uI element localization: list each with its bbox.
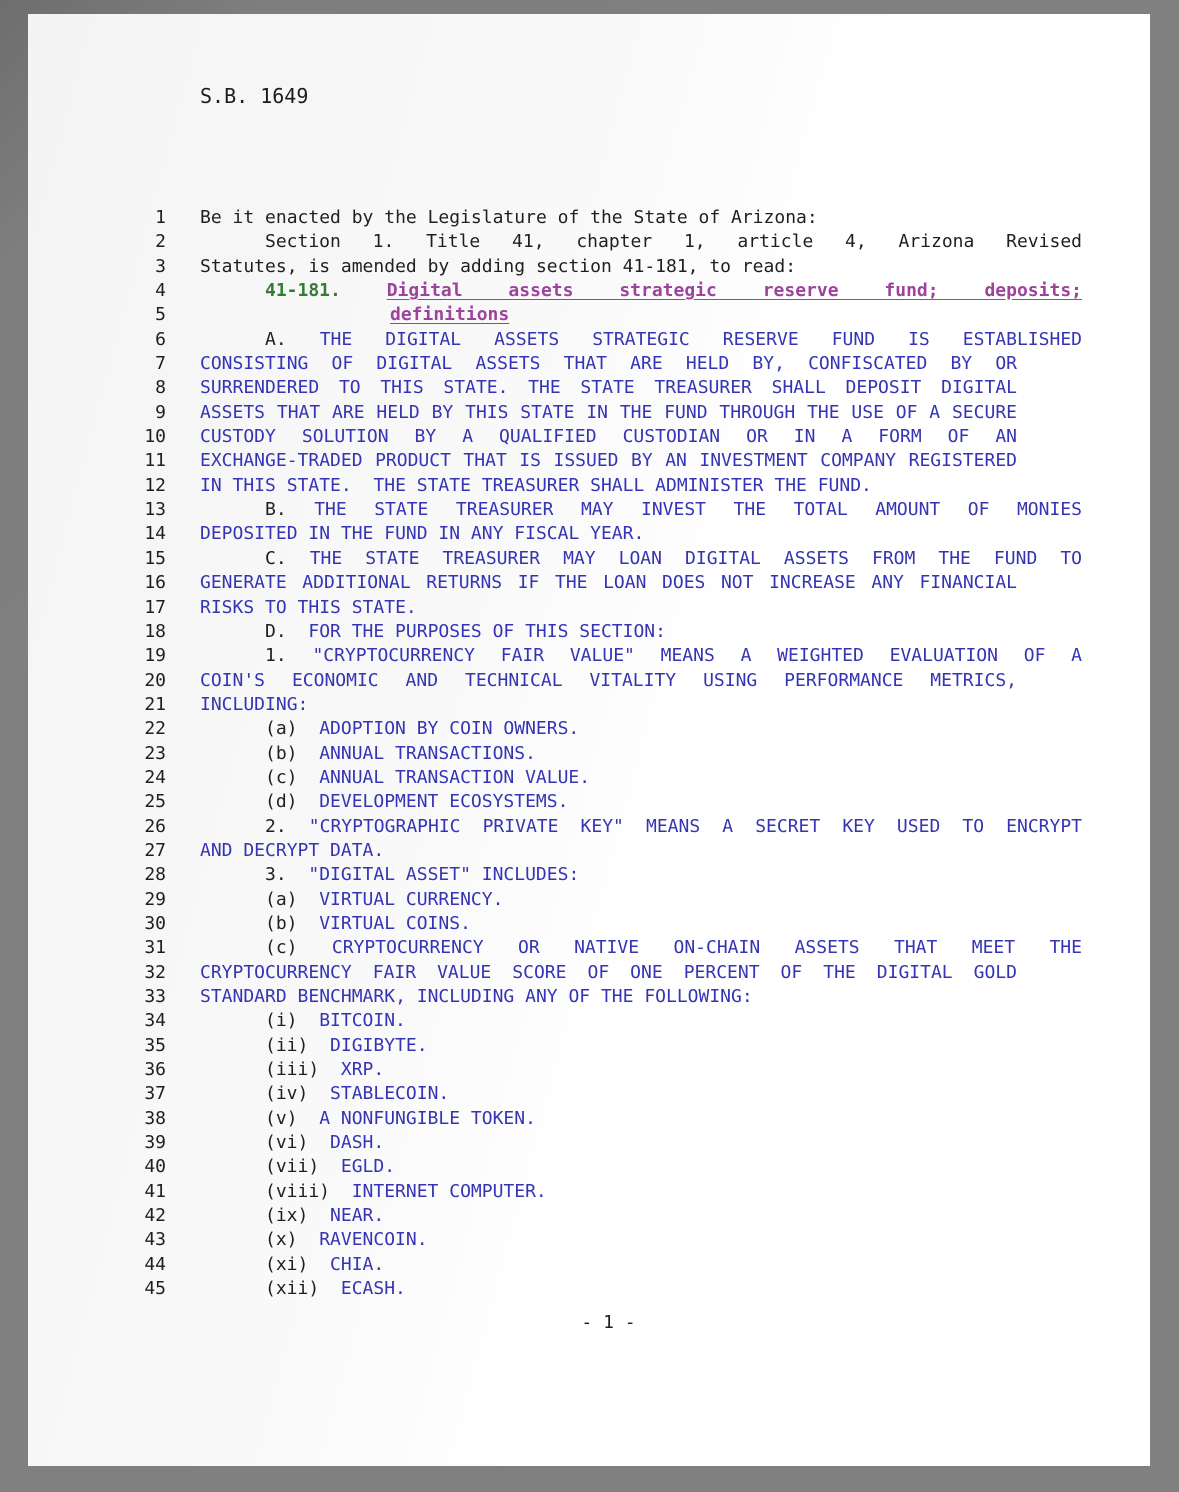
line-text: (a) ADOPTION BY COIN OWNERS. bbox=[200, 717, 1082, 741]
document-line: 36(iii) XRP. bbox=[28, 1058, 1150, 1082]
line-number: 25 bbox=[28, 790, 166, 814]
line-number: 1 bbox=[28, 206, 166, 230]
line-number: 31 bbox=[28, 936, 166, 960]
line-text-segment: VIRTUAL CURRENCY. bbox=[319, 889, 503, 910]
line-text-segment: INCLUDING: bbox=[200, 694, 308, 715]
line-number: 20 bbox=[28, 669, 166, 693]
line-text-segment: (d) bbox=[265, 791, 319, 812]
line-text-segment: XRP. bbox=[341, 1059, 384, 1080]
line-number: 18 bbox=[28, 620, 166, 644]
document-line: 2Section 1. Title 41, chapter 1, article… bbox=[28, 230, 1150, 254]
line-text: 2. "CRYPTOGRAPHIC PRIVATE KEY" MEANS A S… bbox=[200, 815, 1082, 839]
document-line: 22(a) ADOPTION BY COIN OWNERS. bbox=[28, 717, 1150, 741]
line-number: 41 bbox=[28, 1180, 166, 1204]
line-number: 33 bbox=[28, 985, 166, 1009]
line-number: 42 bbox=[28, 1204, 166, 1228]
line-text: (b) VIRTUAL COINS. bbox=[200, 912, 1082, 936]
line-text: (c) ANNUAL TRANSACTION VALUE. bbox=[200, 766, 1082, 790]
line-number: 4 bbox=[28, 279, 166, 303]
document-line: 283. "DIGITAL ASSET" INCLUDES: bbox=[28, 863, 1150, 887]
line-text-segment: definitions bbox=[390, 304, 509, 325]
document-line: 12IN THIS STATE. THE STATE TREASURER SHA… bbox=[28, 474, 1150, 498]
line-text-segment: AND DECRYPT DATA. bbox=[200, 840, 384, 861]
bill-number-header: S.B. 1649 bbox=[200, 84, 308, 108]
line-text-segment: CHIA. bbox=[330, 1254, 384, 1275]
line-text: (iv) STABLECOIN. bbox=[200, 1082, 1082, 1106]
line-text-segment: (iv) bbox=[265, 1083, 330, 1104]
document-line: 34(i) BITCOIN. bbox=[28, 1009, 1150, 1033]
line-text-segment: THE DIGITAL ASSETS STRATEGIC RESERVE FUN… bbox=[320, 329, 1082, 350]
line-text-segment: "CRYPTOCURRENCY FAIR VALUE" MEANS A WEIG… bbox=[312, 645, 1082, 666]
line-text-segment: 3. bbox=[265, 864, 308, 885]
line-text-segment: CONSISTING OF DIGITAL ASSETS THAT ARE HE… bbox=[200, 353, 1017, 374]
document-line: 1Be it enacted by the Legislature of the… bbox=[28, 206, 1150, 230]
line-text-segment: ASSETS THAT ARE HELD BY THIS STATE IN TH… bbox=[200, 402, 1017, 423]
document-page: S.B. 1649 1Be it enacted by the Legislat… bbox=[28, 14, 1150, 1466]
line-text-segment: ANNUAL TRANSACTIONS. bbox=[319, 743, 536, 764]
line-number: 14 bbox=[28, 522, 166, 546]
document-line: 191. "CRYPTOCURRENCY FAIR VALUE" MEANS A… bbox=[28, 644, 1150, 668]
line-text-segment: ADOPTION BY COIN OWNERS. bbox=[319, 718, 579, 739]
line-number: 38 bbox=[28, 1107, 166, 1131]
line-text-segment: IN THIS STATE. THE STATE TREASURER SHALL… bbox=[200, 475, 872, 496]
line-text: CUSTODY SOLUTION BY A QUALIFIED CUSTODIA… bbox=[200, 425, 1017, 449]
line-number: 3 bbox=[28, 255, 166, 279]
page-number-footer: - 1 - bbox=[200, 1312, 1017, 1333]
document-line: 6A. THE DIGITAL ASSETS STRATEGIC RESERVE… bbox=[28, 328, 1150, 352]
line-number: 35 bbox=[28, 1034, 166, 1058]
document-line: 33STANDARD BENCHMARK, INCLUDING ANY OF T… bbox=[28, 985, 1150, 1009]
line-text: (b) ANNUAL TRANSACTIONS. bbox=[200, 742, 1082, 766]
document-line: 24(c) ANNUAL TRANSACTION VALUE. bbox=[28, 766, 1150, 790]
line-text: B. THE STATE TREASURER MAY INVEST THE TO… bbox=[200, 498, 1082, 522]
document-line: 14DEPOSITED IN THE FUND IN ANY FISCAL YE… bbox=[28, 522, 1150, 546]
line-text-segment: THE STATE TREASURER MAY LOAN DIGITAL ASS… bbox=[310, 548, 1082, 569]
line-text: (v) A NONFUNGIBLE TOKEN. bbox=[200, 1107, 1082, 1131]
line-number: 12 bbox=[28, 474, 166, 498]
line-text-segment: (xii) bbox=[265, 1278, 341, 1299]
line-text-segment: COIN'S ECONOMIC AND TECHNICAL VITALITY U… bbox=[200, 670, 1017, 691]
line-number: 43 bbox=[28, 1228, 166, 1252]
line-number: 11 bbox=[28, 449, 166, 473]
line-text: (ii) DIGIBYTE. bbox=[200, 1034, 1082, 1058]
line-number: 40 bbox=[28, 1155, 166, 1179]
document-line: 42(ix) NEAR. bbox=[28, 1204, 1150, 1228]
line-text-segment: B. bbox=[265, 499, 314, 520]
line-text-segment: A NONFUNGIBLE TOKEN. bbox=[319, 1108, 536, 1129]
line-number: 5 bbox=[28, 303, 166, 327]
line-text-segment: (a) bbox=[265, 889, 319, 910]
line-text-segment: (a) bbox=[265, 718, 319, 739]
line-text: (x) RAVENCOIN. bbox=[200, 1228, 1082, 1252]
line-number: 32 bbox=[28, 961, 166, 985]
line-text-segment: Section 1. Title 41, chapter 1, article … bbox=[265, 231, 1082, 252]
line-text-segment: CRYPTOCURRENCY OR NATIVE ON-CHAIN ASSETS… bbox=[332, 937, 1082, 958]
line-text-segment: ECASH. bbox=[341, 1278, 406, 1299]
line-text-segment: EGLD. bbox=[341, 1156, 395, 1177]
document-line: 11EXCHANGE-TRADED PRODUCT THAT IS ISSUED… bbox=[28, 449, 1150, 473]
document-line: 27AND DECRYPT DATA. bbox=[28, 839, 1150, 863]
document-line: 13B. THE STATE TREASURER MAY INVEST THE … bbox=[28, 498, 1150, 522]
document-line: 10CUSTODY SOLUTION BY A QUALIFIED CUSTOD… bbox=[28, 425, 1150, 449]
line-text-segment: SURRENDERED TO THIS STATE. THE STATE TRE… bbox=[200, 377, 1017, 398]
line-text: A. THE DIGITAL ASSETS STRATEGIC RESERVE … bbox=[200, 328, 1082, 352]
line-text: RISKS TO THIS STATE. bbox=[200, 596, 1017, 620]
line-text-segment: (ix) bbox=[265, 1205, 330, 1226]
line-text-segment: (b) bbox=[265, 743, 319, 764]
document-line: 20COIN'S ECONOMIC AND TECHNICAL VITALITY… bbox=[28, 669, 1150, 693]
document-line: 29(a) VIRTUAL CURRENCY. bbox=[28, 888, 1150, 912]
document-line: 37(iv) STABLECOIN. bbox=[28, 1082, 1150, 1106]
line-text-segment: FOR THE PURPOSES OF THIS SECTION: bbox=[308, 621, 666, 642]
line-text-segment: (vi) bbox=[265, 1132, 330, 1153]
line-text-segment: CUSTODY SOLUTION BY A QUALIFIED CUSTODIA… bbox=[200, 426, 1017, 447]
line-text: definitions bbox=[200, 303, 1179, 327]
document-line: 262. "CRYPTOGRAPHIC PRIVATE KEY" MEANS A… bbox=[28, 815, 1150, 839]
line-text: (viii) INTERNET COMPUTER. bbox=[200, 1180, 1082, 1204]
line-text-segment: Be it enacted by the Legislature of the … bbox=[200, 207, 818, 228]
line-text-segment: RAVENCOIN. bbox=[319, 1229, 427, 1250]
line-text: DEPOSITED IN THE FUND IN ANY FISCAL YEAR… bbox=[200, 522, 1017, 546]
line-text-segment: C. bbox=[265, 548, 310, 569]
line-text-segment: (xi) bbox=[265, 1254, 330, 1275]
line-number: 37 bbox=[28, 1082, 166, 1106]
line-text: CONSISTING OF DIGITAL ASSETS THAT ARE HE… bbox=[200, 352, 1017, 376]
document-line: 17RISKS TO THIS STATE. bbox=[28, 596, 1150, 620]
document-line: 16GENERATE ADDITIONAL RETURNS IF THE LOA… bbox=[28, 571, 1150, 595]
document-line: 9ASSETS THAT ARE HELD BY THIS STATE IN T… bbox=[28, 401, 1150, 425]
line-text-segment: A. bbox=[265, 329, 320, 350]
line-text-segment: ANNUAL TRANSACTION VALUE. bbox=[319, 767, 590, 788]
document-line: 45(xii) ECASH. bbox=[28, 1277, 1150, 1301]
line-text-segment: DIGIBYTE. bbox=[330, 1035, 428, 1056]
line-text-segment: (c) bbox=[265, 767, 319, 788]
line-text: (ix) NEAR. bbox=[200, 1204, 1082, 1228]
line-text: (a) VIRTUAL CURRENCY. bbox=[200, 888, 1082, 912]
line-text: Be it enacted by the Legislature of the … bbox=[200, 206, 1017, 230]
line-text-segment: D. bbox=[265, 621, 308, 642]
line-text: COIN'S ECONOMIC AND TECHNICAL VITALITY U… bbox=[200, 669, 1017, 693]
line-number: 28 bbox=[28, 863, 166, 887]
line-number: 29 bbox=[28, 888, 166, 912]
document-line: 43(x) RAVENCOIN. bbox=[28, 1228, 1150, 1252]
line-text: CRYPTOCURRENCY FAIR VALUE SCORE OF ONE P… bbox=[200, 961, 1017, 985]
line-number: 44 bbox=[28, 1253, 166, 1277]
line-text-segment: INTERNET COMPUTER. bbox=[352, 1181, 547, 1202]
document-line: 38(v) A NONFUNGIBLE TOKEN. bbox=[28, 1107, 1150, 1131]
line-text-segment: DASH. bbox=[330, 1132, 384, 1153]
line-number: 45 bbox=[28, 1277, 166, 1301]
line-text-segment: (x) bbox=[265, 1229, 319, 1250]
line-number: 23 bbox=[28, 742, 166, 766]
document-line: 35(ii) DIGIBYTE. bbox=[28, 1034, 1150, 1058]
line-number: 7 bbox=[28, 352, 166, 376]
line-text: GENERATE ADDITIONAL RETURNS IF THE LOAN … bbox=[200, 571, 1017, 595]
document-line: 5definitions bbox=[28, 303, 1150, 327]
line-text-segment: (i) bbox=[265, 1010, 319, 1031]
line-text: (d) DEVELOPMENT ECOSYSTEMS. bbox=[200, 790, 1082, 814]
document-line: 40(vii) EGLD. bbox=[28, 1155, 1150, 1179]
line-text: (iii) XRP. bbox=[200, 1058, 1082, 1082]
line-number: 10 bbox=[28, 425, 166, 449]
line-number: 21 bbox=[28, 693, 166, 717]
line-text-segment: (b) bbox=[265, 913, 319, 934]
line-text-segment: DEPOSITED IN THE FUND IN ANY FISCAL YEAR… bbox=[200, 523, 644, 544]
line-text-segment: Statutes, is amended by adding section 4… bbox=[200, 256, 796, 277]
line-text: 3. "DIGITAL ASSET" INCLUDES: bbox=[200, 863, 1082, 887]
line-text: STANDARD BENCHMARK, INCLUDING ANY OF THE… bbox=[200, 985, 1017, 1009]
line-text: ASSETS THAT ARE HELD BY THIS STATE IN TH… bbox=[200, 401, 1017, 425]
line-text-segment: GENERATE ADDITIONAL RETURNS IF THE LOAN … bbox=[200, 572, 1017, 593]
document-line: 15C. THE STATE TREASURER MAY LOAN DIGITA… bbox=[28, 547, 1150, 571]
line-text: (c) CRYPTOCURRENCY OR NATIVE ON-CHAIN AS… bbox=[200, 936, 1082, 960]
line-text-segment: THE STATE TREASURER MAY INVEST THE TOTAL… bbox=[314, 499, 1082, 520]
line-number: 2 bbox=[28, 230, 166, 254]
line-text-segment: (ii) bbox=[265, 1035, 330, 1056]
line-text-segment: (vii) bbox=[265, 1156, 341, 1177]
document-line: 8SURRENDERED TO THIS STATE. THE STATE TR… bbox=[28, 376, 1150, 400]
line-text-segment: (iii) bbox=[265, 1059, 341, 1080]
document-line: 41(viii) INTERNET COMPUTER. bbox=[28, 1180, 1150, 1204]
line-text-segment: 41-181. bbox=[265, 280, 387, 301]
line-text-segment: 1. bbox=[265, 645, 312, 666]
screenshot-root: { "page": { "header": "S.B. 1649", "foot… bbox=[0, 0, 1179, 1492]
line-text: Statutes, is amended by adding section 4… bbox=[200, 255, 1017, 279]
line-text: AND DECRYPT DATA. bbox=[200, 839, 1017, 863]
line-text-segment: Digital assets strategic reserve fund; d… bbox=[387, 280, 1082, 301]
line-number: 17 bbox=[28, 596, 166, 620]
document-line: 44(xi) CHIA. bbox=[28, 1253, 1150, 1277]
document-line: 32CRYPTOCURRENCY FAIR VALUE SCORE OF ONE… bbox=[28, 961, 1150, 985]
line-text-segment: (c) bbox=[265, 937, 332, 958]
document-line: 31(c) CRYPTOCURRENCY OR NATIVE ON-CHAIN … bbox=[28, 936, 1150, 960]
line-text-segment: CRYPTOCURRENCY FAIR VALUE SCORE OF ONE P… bbox=[200, 962, 1017, 983]
line-text: (vii) EGLD. bbox=[200, 1155, 1082, 1179]
line-text-segment: BITCOIN. bbox=[319, 1010, 406, 1031]
line-number: 22 bbox=[28, 717, 166, 741]
document-line: 23(b) ANNUAL TRANSACTIONS. bbox=[28, 742, 1150, 766]
document-line: 30(b) VIRTUAL COINS. bbox=[28, 912, 1150, 936]
line-text-segment: "DIGITAL ASSET" INCLUDES: bbox=[308, 864, 579, 885]
line-text-segment: RISKS TO THIS STATE. bbox=[200, 597, 417, 618]
line-text: C. THE STATE TREASURER MAY LOAN DIGITAL … bbox=[200, 547, 1082, 571]
document-line: 39(vi) DASH. bbox=[28, 1131, 1150, 1155]
line-text: (i) BITCOIN. bbox=[200, 1009, 1082, 1033]
line-text-segment: (viii) bbox=[265, 1181, 352, 1202]
document-line: 21INCLUDING: bbox=[28, 693, 1150, 717]
line-text: EXCHANGE-TRADED PRODUCT THAT IS ISSUED B… bbox=[200, 449, 1017, 473]
line-text-segment: STABLECOIN. bbox=[330, 1083, 449, 1104]
line-number: 9 bbox=[28, 401, 166, 425]
line-number: 6 bbox=[28, 328, 166, 352]
line-number: 8 bbox=[28, 376, 166, 400]
line-text-segment: NEAR. bbox=[330, 1205, 384, 1226]
line-text: INCLUDING: bbox=[200, 693, 1017, 717]
line-text-segment: (v) bbox=[265, 1108, 319, 1129]
line-text: (vi) DASH. bbox=[200, 1131, 1082, 1155]
line-text-segment: VIRTUAL COINS. bbox=[319, 913, 471, 934]
line-text: IN THIS STATE. THE STATE TREASURER SHALL… bbox=[200, 474, 1017, 498]
document-line: 441-181. Digital assets strategic reserv… bbox=[28, 279, 1150, 303]
document-line: 25(d) DEVELOPMENT ECOSYSTEMS. bbox=[28, 790, 1150, 814]
line-text: 1. "CRYPTOCURRENCY FAIR VALUE" MEANS A W… bbox=[200, 644, 1082, 668]
line-text: 41-181. Digital assets strategic reserve… bbox=[200, 279, 1082, 303]
line-number: 19 bbox=[28, 644, 166, 668]
line-number: 13 bbox=[28, 498, 166, 522]
line-text: D. FOR THE PURPOSES OF THIS SECTION: bbox=[200, 620, 1082, 644]
line-number: 36 bbox=[28, 1058, 166, 1082]
line-number: 24 bbox=[28, 766, 166, 790]
document-line: 7CONSISTING OF DIGITAL ASSETS THAT ARE H… bbox=[28, 352, 1150, 376]
line-text-segment: STANDARD BENCHMARK, INCLUDING ANY OF THE… bbox=[200, 986, 753, 1007]
line-number: 15 bbox=[28, 547, 166, 571]
line-text-segment: 2. bbox=[265, 816, 309, 837]
line-text-segment: EXCHANGE-TRADED PRODUCT THAT IS ISSUED B… bbox=[200, 450, 1017, 471]
line-number: 30 bbox=[28, 912, 166, 936]
line-text: Section 1. Title 41, chapter 1, article … bbox=[200, 230, 1082, 254]
document-body: 1Be it enacted by the Legislature of the… bbox=[28, 206, 1150, 1301]
line-number: 27 bbox=[28, 839, 166, 863]
document-line: 18D. FOR THE PURPOSES OF THIS SECTION: bbox=[28, 620, 1150, 644]
line-number: 26 bbox=[28, 815, 166, 839]
line-text: (xii) ECASH. bbox=[200, 1277, 1082, 1301]
line-text-segment: "CRYPTOGRAPHIC PRIVATE KEY" MEANS A SECR… bbox=[309, 816, 1082, 837]
document-line: 3Statutes, is amended by adding section … bbox=[28, 255, 1150, 279]
line-number: 34 bbox=[28, 1009, 166, 1033]
line-number: 16 bbox=[28, 571, 166, 595]
line-number: 39 bbox=[28, 1131, 166, 1155]
line-text: (xi) CHIA. bbox=[200, 1253, 1082, 1277]
line-text: SURRENDERED TO THIS STATE. THE STATE TRE… bbox=[200, 376, 1017, 400]
line-text-segment: DEVELOPMENT ECOSYSTEMS. bbox=[319, 791, 568, 812]
